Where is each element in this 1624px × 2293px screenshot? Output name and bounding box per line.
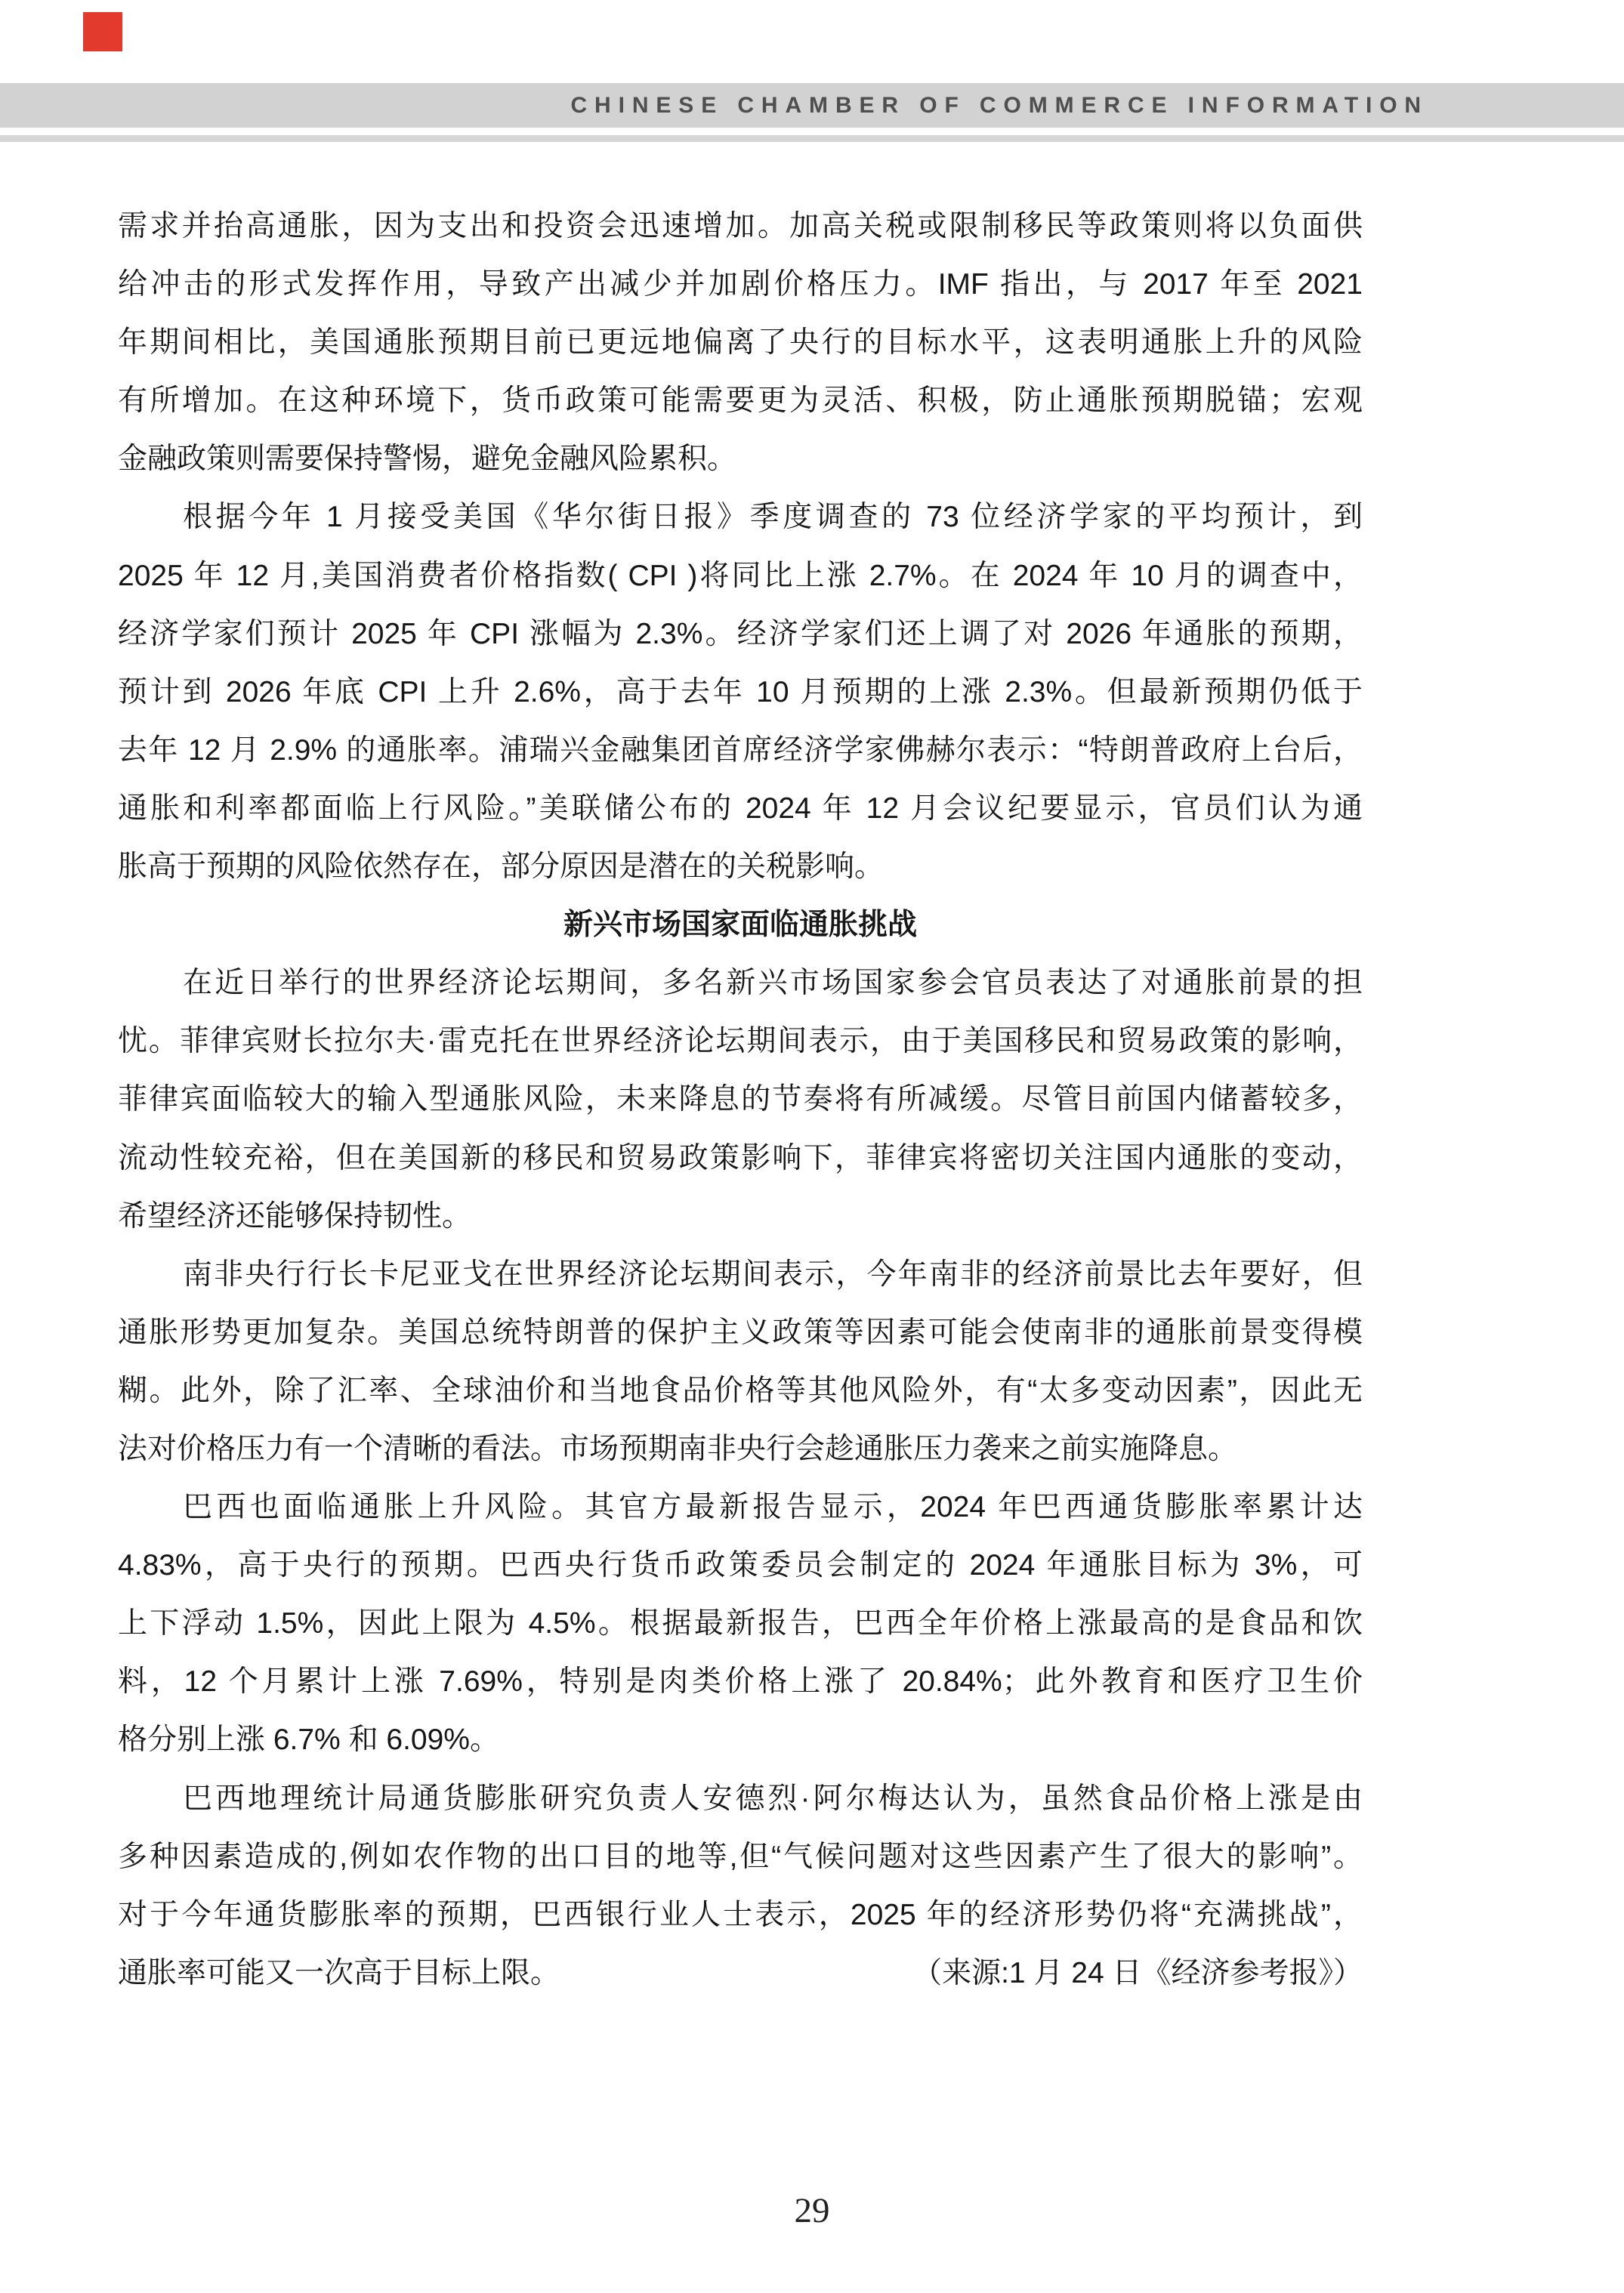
text-line: 年期间相比，美国通胀预期目前已更远地偏离了央行的目标水平，这表明通胀上升的风险 bbox=[118, 313, 1363, 372]
header-band: CHINESE CHAMBER OF COMMERCE INFORMATION bbox=[0, 83, 1624, 128]
text-line: 预计到 2026 年底 CPI 上升 2.6%，高于去年 10 月预期的上涨 2… bbox=[118, 663, 1363, 721]
text-line: 给冲击的形式发挥作用，导致产出减少并加剧价格压力。IMF 指出，与 2017 年… bbox=[118, 255, 1363, 313]
text-line: 通胀形势更加复杂。美国总统特朗普的保护主义政策等因素可能会使南非的通胀前景变得模 bbox=[118, 1304, 1363, 1362]
text-line: 4.83%，高于央行的预期。巴西央行货币政策委员会制定的 2024 年通胀目标为… bbox=[118, 1536, 1363, 1594]
text-line: 去年 12 月 2.9% 的通胀率。浦瑞兴金融集团首席经济学家佛赫尔表示：“特朗… bbox=[118, 721, 1363, 779]
text-line: 通胀率可能又一次高于目标上限。（来源:1 月 24 日《经济参考报》） bbox=[118, 1944, 1363, 2002]
text-line: 南非央行行长卡尼亚戈在世界经济论坛期间表示，今年南非的经济前景比去年要好，但 bbox=[118, 1245, 1363, 1304]
section-heading: 新兴市场国家面临通胀挑战 bbox=[118, 896, 1363, 954]
text-line: 格分别上涨 6.7% 和 6.09%。 bbox=[118, 1711, 1363, 1769]
text-line: 忧。菲律宾财长拉尔夫·雷克托在世界经济论坛期间表示，由于美国移民和贸易政策的影响… bbox=[118, 1012, 1363, 1070]
text-line: 金融政策则需要保持警惕，避免金融风险累积。 bbox=[118, 430, 1363, 488]
text-line: 料，12 个月累计上涨 7.69%，特别是肉类价格上涨了 20.84%；此外教育… bbox=[118, 1653, 1363, 1711]
text-line: 流动性较充裕，但在美国新的移民和贸易政策影响下，菲律宾将密切关注国内通胀的变动， bbox=[118, 1129, 1363, 1187]
text-line: 糊。此外，除了汇率、全球油价和当地食品价格等其他风险外，有“太多变动因素”，因此… bbox=[118, 1362, 1363, 1420]
text-line: 希望经济还能够保持韧性。 bbox=[118, 1187, 1363, 1245]
page-number: 29 bbox=[0, 2190, 1624, 2231]
text-line: 需求并抬高通胀，因为支出和投资会迅速增加。加高关税或限制移民等政策则将以负面供 bbox=[118, 197, 1363, 255]
text-line: 胀高于预期的风险依然存在，部分原因是潜在的关税影响。 bbox=[118, 838, 1363, 896]
text-line: 对于今年通货膨胀率的预期，巴西银行业人士表示，2025 年的经济形势仍将“充满挑… bbox=[118, 1886, 1363, 1944]
text-line: 法对价格压力有一个清晰的看法。市场预期南非央行会趁通胀压力袭来之前实施降息。 bbox=[118, 1420, 1363, 1478]
text-line: 经济学家们预计 2025 年 CPI 涨幅为 2.3%。经济学家们还上调了对 2… bbox=[118, 605, 1363, 663]
paragraph-last-line: 通胀率可能又一次高于目标上限。 bbox=[118, 1944, 560, 2002]
header-rule bbox=[0, 135, 1624, 142]
article-body: 需求并抬高通胀，因为支出和投资会迅速增加。加高关税或限制移民等政策则将以负面供给… bbox=[118, 197, 1363, 2002]
text-line: 在近日举行的世界经济论坛期间，多名新兴市场国家参会官员表达了对通胀前景的担 bbox=[118, 954, 1363, 1012]
text-line: 通胀和利率都面临上行风险。”美联储公布的 2024 年 12 月会议纪要显示，官… bbox=[118, 779, 1363, 838]
text-line: 菲律宾面临较大的输入型通胀风险，未来降息的节奏将有所减缓。尽管目前国内储蓄较多， bbox=[118, 1070, 1363, 1128]
source-attribution: （来源:1 月 24 日《经济参考报》） bbox=[912, 1944, 1363, 2002]
text-line: 多种因素造成的,例如农作物的出口目的地等,但“气候问题对这些因素产生了很大的影响… bbox=[118, 1828, 1363, 1886]
corner-red-marker bbox=[83, 12, 122, 51]
text-line: 上下浮动 1.5%，因此上限为 4.5%。根据最新报告，巴西全年价格上涨最高的是… bbox=[118, 1594, 1363, 1653]
document-page: { "page": { "header_band_text": "CHINESE… bbox=[0, 0, 1624, 2293]
text-line: 2025 年 12 月,美国消费者价格指数( CPI )将同比上涨 2.7%。在… bbox=[118, 547, 1363, 605]
text-line: 根据今年 1 月接受美国《华尔街日报》季度调查的 73 位经济学家的平均预计，到 bbox=[118, 488, 1363, 546]
text-line: 巴西地理统计局通货膨胀研究负责人安德烈·阿尔梅达认为，虽然食品价格上涨是由 bbox=[118, 1770, 1363, 1828]
header-band-title: CHINESE CHAMBER OF COMMERCE INFORMATION bbox=[570, 93, 1428, 119]
text-line: 有所增加。在这种环境下，货币政策可能需要更为灵活、积极，防止通胀预期脱锚；宏观 bbox=[118, 372, 1363, 430]
text-line: 巴西也面临通胀上升风险。其官方最新报告显示，2024 年巴西通货膨胀率累计达 bbox=[118, 1478, 1363, 1536]
